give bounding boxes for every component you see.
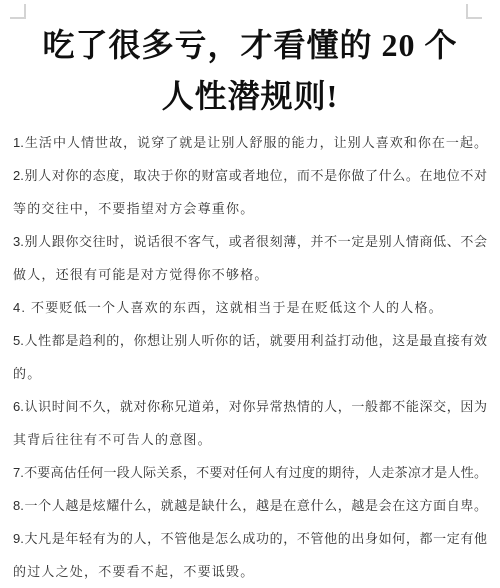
- rule-line: 4. 不要贬低一个人喜欢的东西，这就相当于是在贬低这个人的人格。: [13, 291, 487, 324]
- rule-item-7: 7.不要高估任何一段人际关系，不要对任何人有过度的期待，人走茶凉才是人性。: [13, 456, 487, 489]
- rule-line: 其背后往往有不可告人的意图。: [13, 423, 487, 456]
- rule-item-9: 9.大凡是年轻有为的人，不管他是怎么成功的，不管他的出身如何，都一定有他 的过人…: [13, 522, 487, 588]
- rule-line: 的。: [13, 357, 487, 390]
- rule-line: 1.生活中人情世故，说穿了就是让别人舒服的能力，让别人喜欢和你在一起。: [13, 126, 487, 159]
- rules-list: 1.生活中人情世故，说穿了就是让别人舒服的能力，让别人喜欢和你在一起。 2.别人…: [0, 126, 500, 588]
- rule-item-6: 6.认识时间不久，就对你称兄道弟，对你异常热情的人，一般都不能深交，因为 其背后…: [13, 390, 487, 456]
- rule-item-3: 3.别人跟你交往时，说话很不客气，或者很刻薄，并不一定是别人情商低、不会 做人，…: [13, 225, 487, 291]
- title-line-1: 吃了很多亏，才看懂的 20 个: [0, 20, 500, 71]
- page-margin-mark-top-left: [10, 4, 26, 19]
- rule-line: 2.别人对你的态度，取决于你的财富或者地位，而不是你做了什么。在地位不对: [13, 159, 487, 192]
- rule-item-1: 1.生活中人情世故，说穿了就是让别人舒服的能力，让别人喜欢和你在一起。: [13, 126, 487, 159]
- rule-line: 做人，还很有可能是对方觉得你不够格。: [13, 258, 487, 291]
- page-margin-mark-top-right: [466, 4, 482, 19]
- rule-line: 的过人之处，不要看不起，不要诋毁。: [13, 555, 487, 588]
- rule-line: 等的交往中，不要指望对方会尊重你。: [13, 192, 487, 225]
- rule-item-2: 2.别人对你的态度，取决于你的财富或者地位，而不是你做了什么。在地位不对 等的交…: [13, 159, 487, 225]
- rule-line: 7.不要高估任何一段人际关系，不要对任何人有过度的期待，人走茶凉才是人性。: [13, 456, 487, 489]
- rule-line: 8.一个人越是炫耀什么，就越是缺什么，越是在意什么，越是会在这方面自卑。: [13, 489, 487, 522]
- rule-line: 5.人性都是趋利的，你想让别人听你的话，就要用利益打动他，这是最直接有效: [13, 324, 487, 357]
- rule-item-8: 8.一个人越是炫耀什么，就越是缺什么，越是在意什么，越是会在这方面自卑。: [13, 489, 487, 522]
- rule-line: 3.别人跟你交往时，说话很不客气，或者很刻薄，并不一定是别人情商低、不会: [13, 225, 487, 258]
- document-page: 吃了很多亏，才看懂的 20 个 人性潜规则! 1.生活中人情世故，说穿了就是让别…: [0, 0, 500, 588]
- rule-item-4: 4. 不要贬低一个人喜欢的东西，这就相当于是在贬低这个人的人格。: [13, 291, 487, 324]
- rule-item-5: 5.人性都是趋利的，你想让别人听你的话，就要用利益打动他，这是最直接有效 的。: [13, 324, 487, 390]
- rule-line: 6.认识时间不久，就对你称兄道弟，对你异常热情的人，一般都不能深交，因为: [13, 390, 487, 423]
- page-title: 吃了很多亏，才看懂的 20 个 人性潜规则!: [0, 0, 500, 122]
- title-line-2: 人性潜规则!: [0, 71, 500, 122]
- rule-line: 9.大凡是年轻有为的人，不管他是怎么成功的，不管他的出身如何，都一定有他: [13, 522, 487, 555]
